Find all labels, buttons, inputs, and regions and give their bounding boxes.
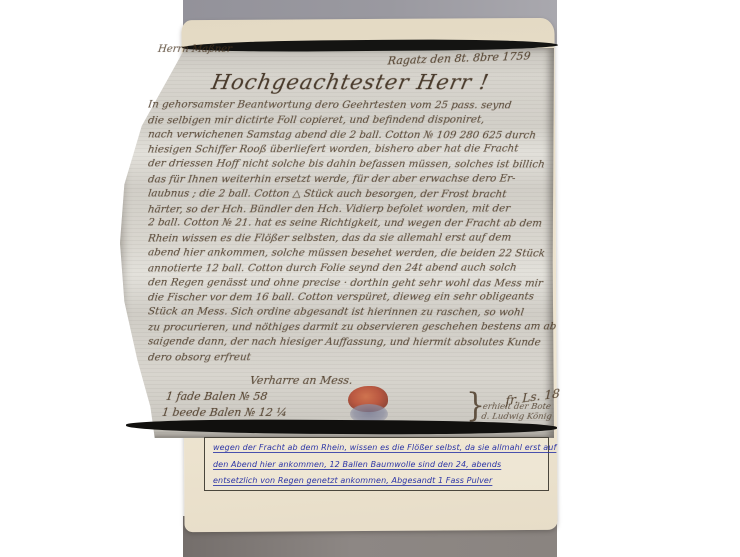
letter-body-line: zu procurieren, und nöthiges darmit zu o… (148, 319, 556, 335)
letter-body-line: abend hier ankommen, solche müssen beseh… (148, 245, 556, 261)
letter-addressee: Herrn Maßner (157, 44, 232, 55)
letter-body-line: nach verwichenen Samstag abend die 2 bal… (148, 127, 556, 143)
annotation-line: wegen der Fracht ab dem Rhein, wissen es… (213, 440, 543, 457)
annotation-line: den Abend hier ankommen, 12 Ballen Baumw… (213, 457, 543, 474)
annotation-line: entsetzlich von Regen genetzt ankommen, … (213, 473, 543, 490)
letter-body-line: In gehorsamster Beantwortung dero Geehrt… (148, 98, 556, 113)
letter-item-2: 1 beede Balen № 12 ¼ (161, 406, 288, 419)
letter-body-line: das für Ihnen weiterhin ersetzt werde, f… (148, 171, 556, 187)
catalog-photo-page: { "photo": { "description": "Photograph … (0, 0, 740, 557)
annotation-lines: wegen der Fracht ab dem Rhein, wissen es… (213, 440, 543, 490)
letter-body-line: hiesigen Schiffer Rooß überliefert worde… (148, 142, 556, 158)
letter-body-line: härter, so der Hch. Bündler den Hch. Vid… (148, 201, 556, 217)
letter-body-line: Stück an Mess. Sich ordine abgesandt ist… (148, 305, 556, 321)
letter-body-line: saigende dann, der nach hiesiger Auffass… (148, 334, 556, 350)
letter-body-line: der driessen Hoff nicht solche bis dahin… (148, 157, 556, 173)
letter-body-line: die selbigen mir dictirte Foll copieret,… (148, 112, 556, 128)
annotation-box: wegen der Fracht ab dem Rhein, wissen es… (204, 437, 549, 491)
letter-salutation: Hochgeachtester Herr ! (210, 70, 492, 94)
letter-body-line: den Regen genässt und ohne precise · dor… (148, 275, 556, 291)
letter-body-line: dero obsorg erfreut (148, 349, 556, 365)
letter-body: In gehorsamster Beantwortung dero Geehrt… (148, 98, 556, 366)
letter-body-line: Rhein wissen es die Flößer selbsten, das… (148, 231, 556, 247)
letter-body-line: annotierte 12 ball. Cotton durch Folie s… (148, 260, 556, 276)
letter-body-line: die Fischer vor dem 16 ball. Cotton vers… (148, 290, 556, 306)
letter-item-1: 1 fade Balen № 58 (165, 390, 268, 403)
letter-body-line: 2 ball. Cotton № 21. hat es seine Richti… (148, 216, 556, 232)
letter-closing: Verharre an Mess. (249, 374, 353, 387)
letter-body-line: laubnus ; die 2 ball. Cotton △ Stück auc… (148, 186, 556, 202)
